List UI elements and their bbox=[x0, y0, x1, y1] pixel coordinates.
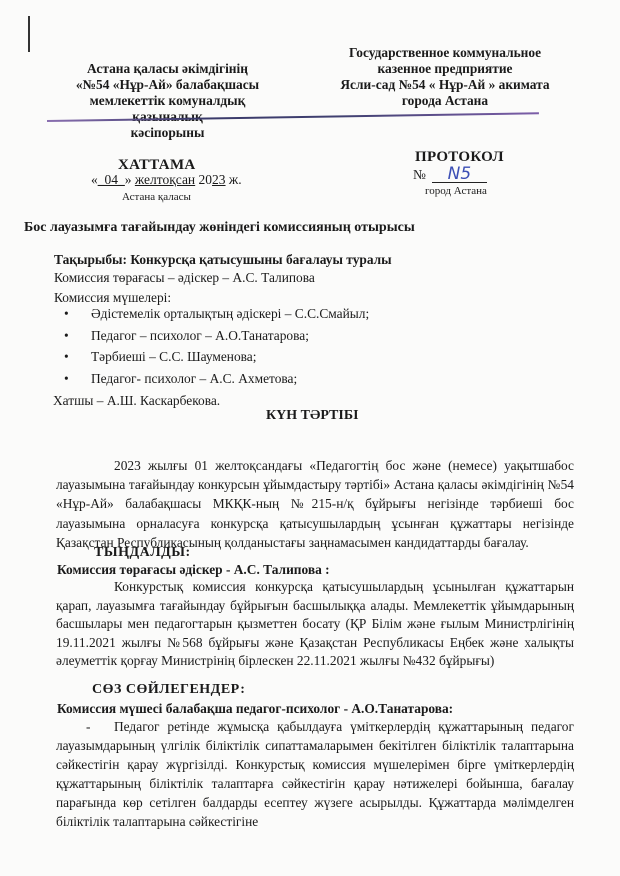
date-close-quote: » bbox=[125, 172, 135, 187]
member-text: Әдістемелік орталықтың әдіскері – С.С.См… bbox=[91, 306, 369, 321]
header-org-kz-line: «№54 «Нұр-Ай» балабақшасы bbox=[55, 77, 280, 93]
agenda-paragraph: 2023 жылғы 01 желтоқсандағы «Педагогтің … bbox=[56, 456, 574, 552]
meeting-title: Бос лауазымға тағайындау жөніндегі комис… bbox=[24, 220, 415, 236]
date-day: _04_ bbox=[98, 172, 125, 187]
date-year-prefix: 20 bbox=[195, 172, 212, 187]
date-open-quote: « bbox=[91, 172, 98, 187]
heard-heading: ТЫҢДАЛДЫ: bbox=[94, 545, 191, 561]
protocol-city-ru: город Астана bbox=[425, 185, 487, 197]
header-org-kz: Астана қаласы әкімдігінің «№54 «Нұр-Ай» … bbox=[55, 61, 280, 141]
margin-mark bbox=[28, 16, 30, 52]
bullet-icon: • bbox=[64, 348, 69, 366]
list-item: •Педагог – психолог – А.О.Танатарова; bbox=[64, 327, 369, 349]
header-org-kz-line: кәсіпорыны bbox=[55, 125, 280, 141]
date-year-abbr: ж. bbox=[226, 172, 242, 187]
header-org-ru-line: Ясли-сад №54 « Нұр-Ай » акимата bbox=[330, 77, 560, 93]
list-item: •Әдістемелік орталықтың әдіскері – С.С.С… bbox=[64, 305, 369, 327]
header-org-kz-line: Астана қаласы әкімдігінің bbox=[55, 61, 280, 77]
bullet-icon: • bbox=[64, 305, 69, 323]
bullet-icon: • bbox=[64, 370, 69, 388]
speakers-heading: СӨЗ СӨЙЛЕГЕНДЕР: bbox=[92, 682, 245, 698]
member-text: Педагог- психолог – А.С. Ахметова; bbox=[91, 371, 297, 386]
bullet-icon: • bbox=[64, 327, 69, 345]
number-label: № bbox=[413, 167, 426, 182]
member-text: Тәрбиеші – С.С. Шауменова; bbox=[91, 349, 256, 364]
heard-paragraph: Конкурстық комиссия конкурсқа қатысушыла… bbox=[56, 578, 574, 671]
protocol-number: №N5 bbox=[413, 167, 487, 183]
speaker-name: Комиссия мүшесі балабақша педагог-психол… bbox=[57, 701, 453, 717]
speaker-paragraph: -Педагог ретінде жұмысқа қабылдауға үміт… bbox=[56, 717, 574, 831]
protocol-city-kz: Астана қаласы bbox=[122, 191, 191, 203]
handwritten-number: N5 bbox=[432, 167, 487, 183]
agenda-heading: КҮН ТӘРТІБІ bbox=[266, 408, 359, 424]
secretary-line: Хатшы – А.Ш. Каскарбекова. bbox=[53, 392, 220, 410]
header-org-ru-line: города Астана bbox=[330, 93, 560, 109]
members-list: •Әдістемелік орталықтың әдіскері – С.С.С… bbox=[64, 305, 369, 391]
header-org-ru-line: казенное предприятие bbox=[330, 61, 560, 77]
subject-line: Тақырыбы: Конкурсқа қатысушыны бағалауы … bbox=[54, 251, 392, 269]
date-year-suffix: 23 bbox=[212, 172, 226, 187]
dash-marker: - bbox=[56, 717, 114, 736]
member-text: Педагог – психолог – А.О.Танатарова; bbox=[91, 328, 309, 343]
list-item: •Тәрбиеші – С.С. Шауменова; bbox=[64, 348, 369, 370]
list-item: •Педагог- психолог – А.С. Ахметова; bbox=[64, 370, 369, 392]
speaker-text: Педагог ретінде жұмысқа қабылдауға үмітк… bbox=[56, 719, 574, 829]
heard-speaker: Комиссия төрағасы әдіскер - А.С. Талипов… bbox=[57, 562, 330, 578]
chair-line: Комиссия төрағасы – әдіскер – А.С. Талип… bbox=[54, 269, 315, 287]
header-org-ru: Государственное коммунальное казенное пр… bbox=[330, 45, 560, 109]
header-org-ru-line: Государственное коммунальное bbox=[330, 45, 560, 61]
protocol-date: «_04_» желтоқсан 2023 ж. bbox=[91, 172, 242, 188]
date-month: желтоқсан bbox=[135, 172, 195, 187]
